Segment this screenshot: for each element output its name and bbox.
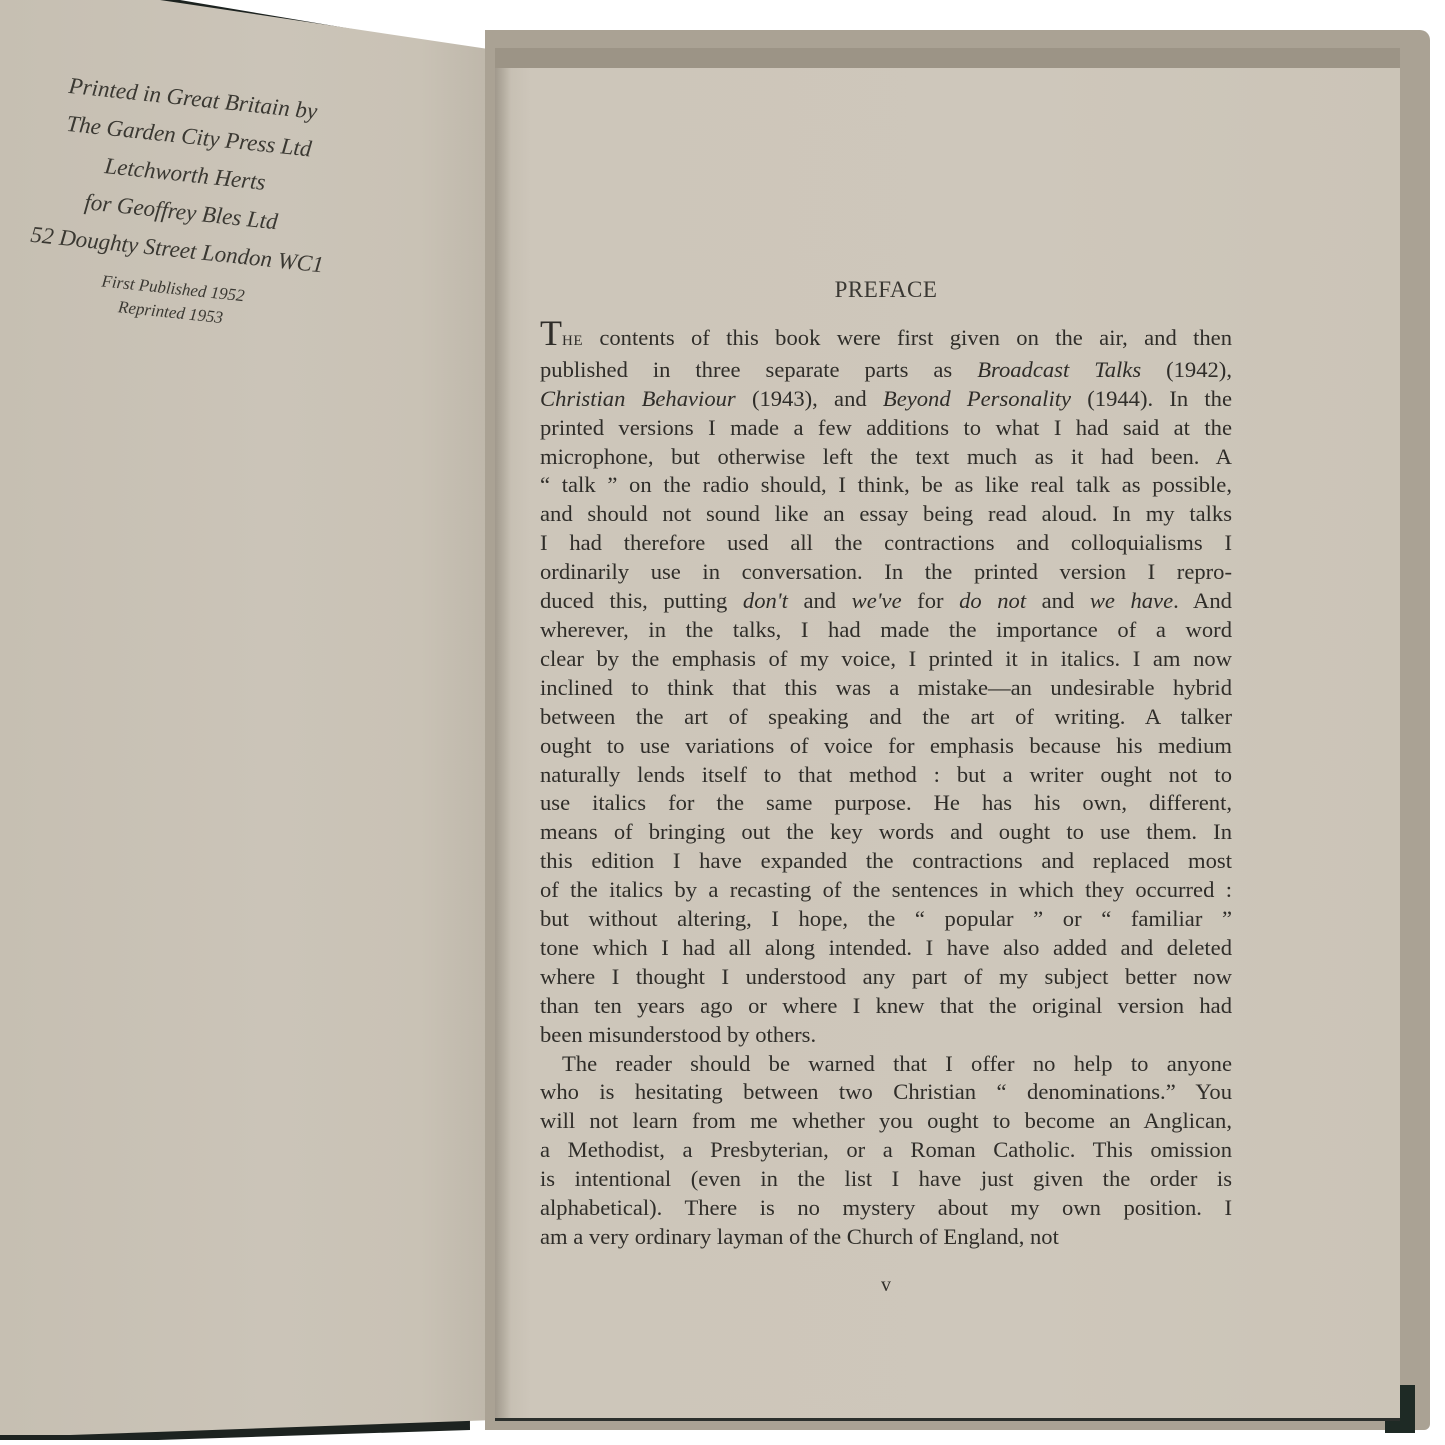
text-line: than ten years ago or where I knew that …	[540, 992, 1232, 1021]
text-line: and should not sound like an essay being…	[540, 500, 1232, 529]
text-line: ought to use variations of voice for emp…	[540, 732, 1232, 761]
text-line: this edition I have expanded the contrac…	[540, 847, 1232, 876]
text-line: between the art of speaking and the art …	[540, 703, 1232, 732]
text-line: THE contents of this book were first giv…	[540, 323, 1232, 356]
small-caps: HE	[562, 333, 583, 349]
text-line: inclined to think that this was a mistak…	[540, 674, 1232, 703]
text-line: am a very ordinary layman of the Church …	[540, 1223, 1232, 1252]
italic-title: we have	[1090, 588, 1173, 613]
text-line: I had therefore used all the contraction…	[540, 529, 1232, 558]
text-line: ordinarily use in conversation. In the p…	[540, 558, 1232, 587]
text-line: “ talk ” on the radio should, I think, b…	[540, 471, 1232, 500]
page-block-top-edge	[495, 48, 1400, 70]
text-line: use italics for the same purpose. He has…	[540, 789, 1232, 818]
text-line: who is hesitating between two Christian …	[540, 1078, 1232, 1107]
italic-title: Christian Behaviour	[540, 386, 736, 411]
paragraph-1: THE contents of this book were first giv…	[540, 323, 1232, 1050]
text-line: is intentional (even in the list I have …	[540, 1165, 1232, 1194]
gutter-shadow	[495, 68, 511, 1418]
text-line: of the italics by a recasting of the sen…	[540, 876, 1232, 905]
text-line: a Methodist, a Presbyterian, or a Roman …	[540, 1136, 1232, 1165]
italic-title: don't	[743, 588, 788, 613]
preface-heading: PREFACE	[540, 276, 1232, 305]
text-line: Christian Behaviour (1943), and Beyond P…	[540, 385, 1232, 414]
page-number: v	[540, 1274, 1232, 1297]
text-line: wherever, in the talks, I had made the i…	[540, 616, 1232, 645]
text-line: alphabetical). There is no mystery about…	[540, 1194, 1232, 1223]
text-line: naturally lends itself to that method : …	[540, 761, 1232, 790]
text-line: tone which I had all along intended. I h…	[540, 934, 1232, 963]
paragraph-2: The reader should be warned that I offer…	[540, 1050, 1232, 1252]
text-line: clear by the emphasis of my voice, I pri…	[540, 645, 1232, 674]
text-line: microphone, but otherwise left the text …	[540, 443, 1232, 472]
italic-title: Beyond Personality	[883, 386, 1071, 411]
left-page-copyright: Printed in Great Britain by The Garden C…	[0, 0, 495, 1435]
italic-title: Broadcast Talks	[977, 357, 1141, 382]
text-line: will not learn from me whether you ought…	[540, 1107, 1232, 1136]
text-line: printed versions I made a few additions …	[540, 414, 1232, 443]
text-line: duced this, putting don't and we've for …	[540, 587, 1232, 616]
drop-cap: T	[540, 313, 562, 353]
text-line: been misunderstood by others.	[540, 1021, 1232, 1050]
preface-text: PREFACE THE contents of this book were f…	[540, 276, 1232, 1252]
text-line: where I thought I understood any part of…	[540, 963, 1232, 992]
text-line: The reader should be warned that I offer…	[540, 1050, 1232, 1079]
italic-title: we've	[852, 588, 902, 613]
italic-title: do not	[959, 588, 1026, 613]
text-line: published in three separate parts as Bro…	[540, 356, 1232, 385]
text-line: but without altering, I hope, the “ popu…	[540, 905, 1232, 934]
printer-imprint: Printed in Great Britain by The Garden C…	[5, 63, 359, 342]
text-line: means of bringing out the key words and …	[540, 818, 1232, 847]
